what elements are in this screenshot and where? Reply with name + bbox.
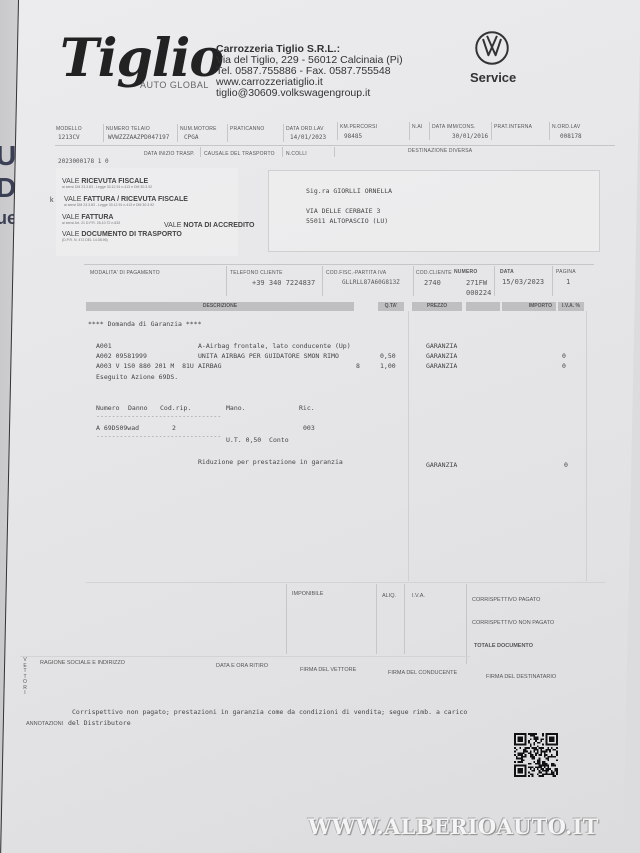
phone-label: TELEFONO CLIENTE <box>230 270 283 276</box>
execution-note: Eseguito Azione 69DS. <box>96 373 178 381</box>
number-value-1: 271FW <box>466 279 487 287</box>
company-info: Carrozzeria Tiglio S.R.L.: Via del Tigli… <box>216 44 403 99</box>
unpaid-label: CORRISPETTIVO NON PAGATO <box>472 620 554 626</box>
item-qty: 0,50 <box>380 352 396 360</box>
vw-logo-icon <box>474 30 510 66</box>
doctype-invoice-receipt-label: FATTURA / RICEVUTA FISCALE <box>83 196 188 203</box>
vehicle-field-label: N.ORD.LAV <box>552 124 580 130</box>
service-label: Service <box>470 70 516 85</box>
client-code-value: 2740 <box>424 279 441 287</box>
col-vat: I.V.A. % <box>558 302 584 311</box>
sub-header-numero: Numero <box>96 404 119 412</box>
col-description: DESCRIZIONE <box>86 302 354 311</box>
col-qty: Q.TA' <box>378 302 404 311</box>
taxid-value: GLLRLL87A60G813Z <box>342 279 400 286</box>
qr-code-icon <box>514 728 558 782</box>
item-vat: 0 <box>562 362 566 370</box>
invoice-document: Tiglio AUTO GLOBAL Carrozzeria Tiglio S.… <box>0 0 640 853</box>
doctype-credit-note-label: NOTA DI ACCREDITO <box>183 222 254 229</box>
taxid-label: COD.FISC.-PARTITA IVA <box>326 270 386 276</box>
item-description: AIRBAG <box>198 362 221 370</box>
annotation-line-2: del Distributore <box>68 719 131 727</box>
transport-start-label: DATA INIZIO TRASP. <box>144 151 195 157</box>
col-price: PREZZO <box>412 302 462 311</box>
item-description: UNITA AIRBAG PER GUIDATORE SMON RIMO <box>198 352 339 360</box>
vehicle-field-value: 30/01/2016 <box>452 133 488 140</box>
sub-row-cod: 2 <box>172 424 176 432</box>
logo-subtitle: AUTO GLOBAL <box>140 80 209 90</box>
vehicle-field-value: 98485 <box>344 133 362 140</box>
doctype-invoice-label: FATTURA <box>81 214 113 221</box>
transport-reason-label: CAUSALE DEL TRASPORTO <box>204 151 275 157</box>
doctype-invoice: VALE FATTURA ai sensi Art. 21 D.P.R. 26.… <box>62 214 120 225</box>
doctype-transport: VALE DOCUMENTO DI TRASPORTO (D.P.R. N. 4… <box>62 231 182 242</box>
recipient-signature-label: FIRMA DEL DESTINATARIO <box>486 674 556 680</box>
vehicle-field-label: DATA ORD.LAV <box>286 126 324 132</box>
ut-note: U.T. 0,50 Conto <box>226 436 289 444</box>
col-amount: IMPORTO <box>502 302 556 311</box>
company-email: tiglio@30609.volkswagengroup.it <box>216 88 403 99</box>
vehicle-field-label: MODELLO <box>56 126 82 132</box>
selected-mark: k <box>50 197 54 204</box>
order-reference: 2023000178 1 0 <box>58 158 109 165</box>
phone-value: +39 340 7224837 <box>252 279 315 287</box>
sub-row-numero: A 69DS09wad <box>96 424 139 432</box>
packages-label: N.COLLI <box>286 151 307 157</box>
payment-label: MODALITA' DI PAGAMENTO <box>90 270 160 276</box>
vehicle-field-label: PRAT.INTERNA <box>494 124 532 130</box>
item-price: GARANZIA <box>426 352 457 360</box>
customer-street: VIA DELLE CERBAIE 3 <box>306 207 380 215</box>
invoice-date: 15/03/2023 <box>502 278 544 286</box>
doctype-invoice-receipt: VALE FATTURA / RICEVUTA FISCALE ai sensi… <box>64 196 188 207</box>
doctype-receipt-label: RICEVUTA FISCALE <box>81 178 148 185</box>
company-address-label: RAGIONE SOCIALE E INDIRIZZO <box>40 660 125 666</box>
carrier-signature-label: FIRMA DEL VETTORE <box>300 667 356 673</box>
item-qty: 1,00 <box>380 362 396 370</box>
annotation-line-1: Corrispettivo non pagato; prestazioni in… <box>72 708 467 716</box>
vehicle-field-value: 1213CV <box>58 134 80 141</box>
vehicle-field-label: PRATICANNO <box>230 126 264 132</box>
divider <box>55 145 615 146</box>
page-label: PAGINA <box>556 269 576 275</box>
sub-header-ric: Ric. <box>299 404 315 412</box>
item-code: A003 V 1S0 880 201 M 81U <box>96 362 194 370</box>
vehicle-field-value: CPGA <box>184 134 198 141</box>
warranty-intro: **** Domanda di Garanzia **** <box>88 320 202 328</box>
rate-label: ALIQ. <box>382 593 396 599</box>
item-vat: 0 <box>562 352 566 360</box>
carriers-label: VETTORI <box>22 658 28 697</box>
sub-header-mano: Mano. <box>226 404 246 412</box>
vehicle-field-value: 008178 <box>560 133 582 140</box>
sub-row-ric: 003 <box>303 424 315 432</box>
item-unit: 8 <box>356 362 360 370</box>
vehicle-field-value: 14/01/2023 <box>290 134 326 141</box>
customer-name: Sig.ra GIORLLI ORNELLA <box>306 187 392 195</box>
doctype-transport-label: DOCUMENTO DI TRASPORTO <box>81 231 181 238</box>
reduction-price: GARANZIA <box>426 461 457 469</box>
vat-label: I.V.A. <box>412 593 425 599</box>
reduction-desc: Riduzione per prestazione in garanzia <box>198 458 343 466</box>
page-value: 1 <box>566 278 570 286</box>
vehicle-field-label: DATA IMM/CONS. <box>432 124 475 130</box>
doctype-credit-note: VALE NOTA DI ACCREDITO <box>164 222 255 229</box>
sub-header-danno: Danno <box>128 404 148 412</box>
col-blank <box>466 302 500 311</box>
item-price: GARANZIA <box>426 362 457 370</box>
total-label: TOTALE DOCUMENTO <box>474 643 533 649</box>
sub-header-codrip: Cod.rip. <box>160 404 191 412</box>
item-price: GARANZIA <box>426 342 457 350</box>
pickup-label: DATA E ORA RITIRO <box>216 663 268 669</box>
date-label: DATA <box>500 269 514 275</box>
vehicle-field-label: KM.PERCORSI <box>340 124 377 130</box>
doctype-receipt: VALE RICEVUTA FISCALE ai sensi DM 23.3.8… <box>62 178 152 189</box>
item-description: A-Airbag frontale, lato conducente (Up) <box>198 342 351 350</box>
vehicle-field-label: NUM.MOTORE <box>180 126 217 132</box>
annotations-label: ANNOTAZIONI <box>26 721 63 727</box>
reduction-vat: 0 <box>564 461 568 469</box>
taxable-label: IMPONIBILE <box>292 591 323 597</box>
vehicle-field-value: WVWZZZAAZPD047197 <box>108 134 169 141</box>
vehicle-field-label: N.AI <box>412 124 423 130</box>
number-value-2: 000224 <box>466 289 491 297</box>
driver-signature-label: FIRMA DEL CONDUCENTE <box>388 670 457 676</box>
paid-label: CORRISPETTIVO PAGATO <box>472 597 540 603</box>
item-code: A001 <box>96 342 112 350</box>
number-label: NUMERO <box>454 269 477 275</box>
watermark: WWW.ALBERIOAUTO.IT <box>308 814 599 839</box>
vehicle-field-label: NUMERO TELAIO <box>106 126 150 132</box>
client-code-label: COD.CLIENTE <box>416 270 452 276</box>
customer-city: 55011 ALTOPASCIO (LU) <box>306 217 388 225</box>
alt-destination-label: DESTINAZIONE DIVERSA <box>408 148 472 154</box>
item-code: A002 09581999 <box>96 352 147 360</box>
